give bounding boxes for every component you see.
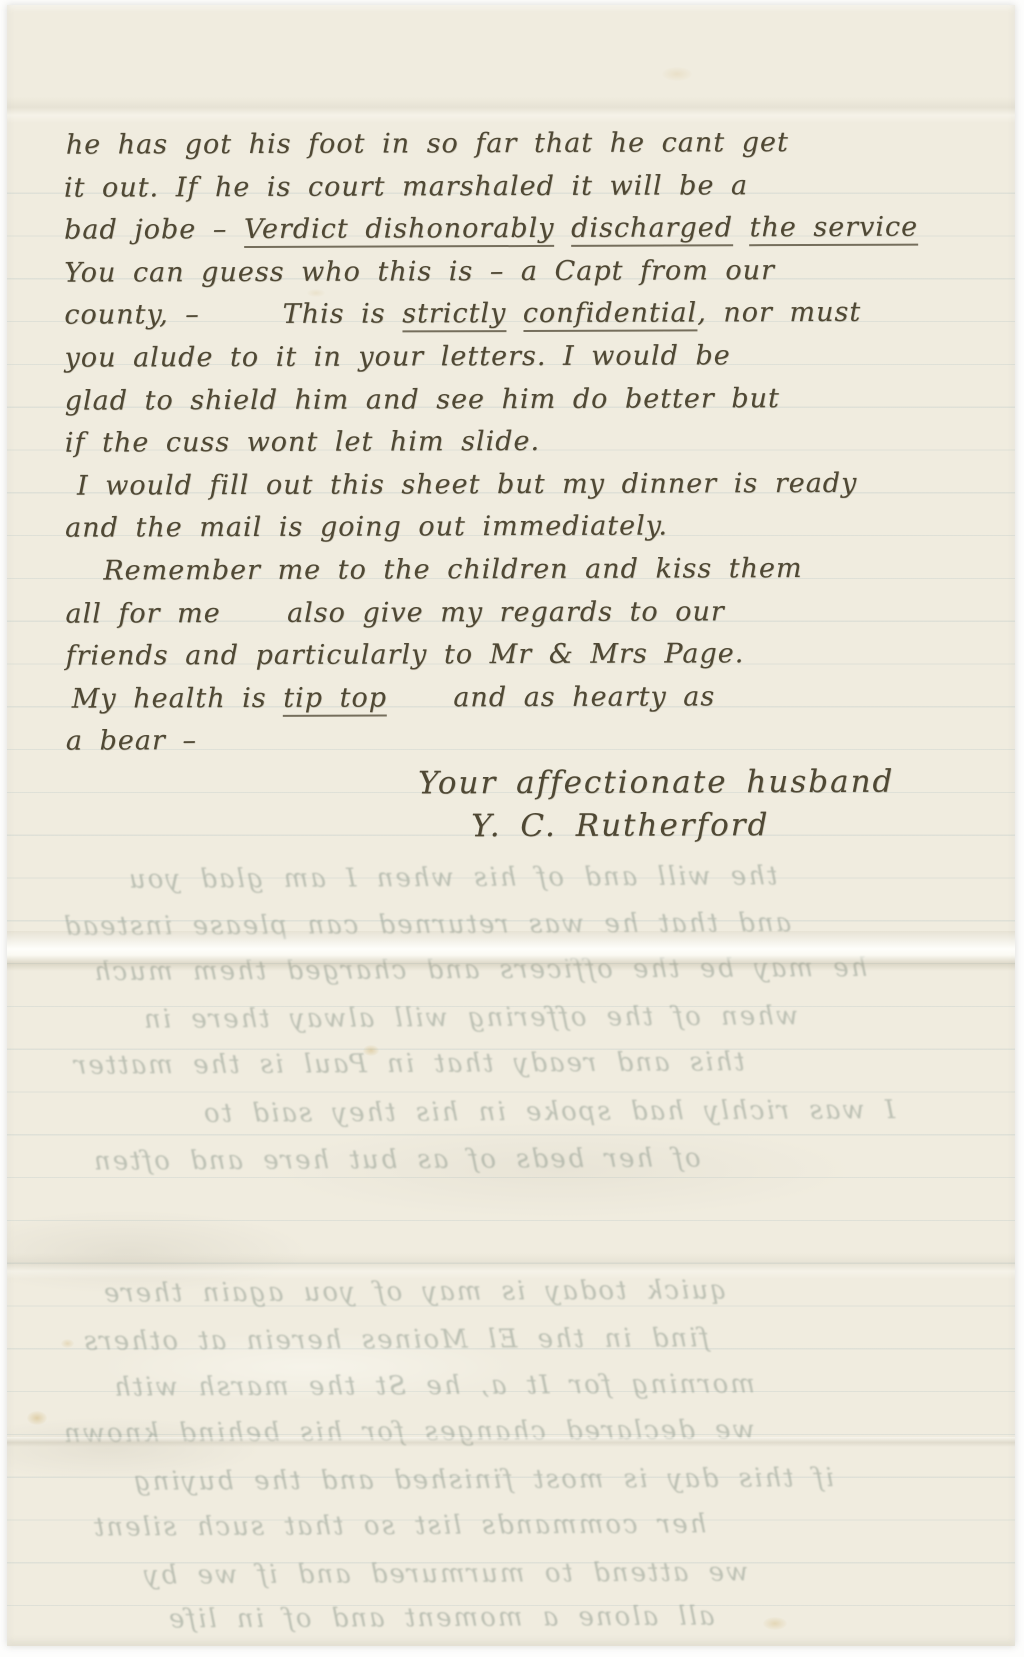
paper-stain — [61, 1339, 74, 1348]
handwriting-text: glad to shield him and see him do better… — [65, 383, 780, 416]
handwriting-text — [733, 212, 750, 243]
letter-line: My health is tip top and as hearty as — [66, 675, 990, 721]
handwriting-text: , nor must — [697, 297, 861, 329]
handwriting-text — [506, 298, 523, 329]
letter-line: bad jobe – Verdict dishonorably discharg… — [64, 207, 988, 253]
handwriting-text: a bear – — [66, 725, 197, 756]
letter-line: you alude to it in your letters. I would… — [64, 334, 988, 380]
handwriting-text: Y. C. Rutherford — [471, 807, 769, 844]
ghost-bleedthrough-text: he may be the officers and charged them … — [92, 953, 868, 987]
letter-line: he has got his foot in so far that he ca… — [64, 121, 988, 167]
underlined-phrase: the service — [750, 212, 919, 247]
handwriting-text: and the mail is going out immediately. — [65, 511, 668, 544]
handwriting-text — [554, 213, 571, 244]
handwriting-text: and as hearty as — [387, 681, 715, 713]
paper-stain — [363, 1045, 379, 1056]
ghost-bleedthrough-text: morning for It a, he St the marsh with — [112, 1369, 755, 1402]
letter-line: all for me also give my regards to our — [65, 590, 989, 636]
letter-line: You can guess who this is – a Capt from … — [64, 249, 988, 295]
underlined-phrase: discharged — [571, 212, 733, 247]
paper-stain — [27, 1411, 47, 1425]
ghost-bleedthrough-text: when of the offering will alway there in — [142, 1001, 798, 1034]
ghost-bleedthrough-text: the will and of his when I am glad you — [127, 861, 778, 894]
ghost-bleedthrough-text: her commands list so that such silent — [92, 1509, 707, 1542]
ghost-bleedthrough-text: if this day is most finished and the buy… — [132, 1463, 834, 1497]
letter-line: it out. If he is court marshaled it will… — [64, 164, 988, 210]
fold-crease — [7, 97, 1015, 123]
ghost-bleedthrough-text: of her beds of as but here and often — [92, 1143, 701, 1176]
letter-body: he has got his foot in so far that he ca… — [64, 121, 991, 848]
handwriting-text: bad jobe – — [64, 214, 244, 246]
letter-line: I would fill out this sheet but my dinne… — [65, 462, 989, 508]
handwriting-text: friends and particularly to Mr & Mrs Pag… — [66, 638, 745, 671]
paper-stain — [662, 67, 692, 81]
underlined-phrase: strictly — [402, 298, 506, 332]
signature-line: Y. C. Rutherford — [66, 803, 990, 849]
letter-line: county, – This is strictly confidential,… — [64, 292, 988, 338]
underlined-phrase: Verdict dishonorably — [244, 213, 555, 248]
letter-line: glad to shield him and see him do better… — [65, 377, 989, 423]
signature-line: Your affectionate husband — [66, 760, 990, 806]
fold-crease — [7, 931, 1015, 971]
paper-stain — [763, 1617, 787, 1630]
ghost-bleedthrough-text: we declared changes for his behind known — [62, 1415, 755, 1449]
letter-line: if the cuss wont let him slide. — [65, 420, 989, 466]
ghost-bleedthrough-text: this and ready that in Paul is the matte… — [72, 1047, 745, 1081]
letter-line: a bear – — [66, 718, 990, 764]
ghost-bleedthrough-text: and that he was returned can please inst… — [62, 908, 791, 942]
underlined-phrase: confidential — [523, 298, 697, 333]
underlined-phrase: tip top — [283, 682, 387, 716]
handwriting-text: My health is — [72, 683, 284, 715]
paper-sheet: the will and of his when I am glad youan… — [7, 5, 1015, 1646]
ghost-bleedthrough-text: find in the El Moines herein at others — [82, 1323, 709, 1356]
handwriting-text: if the cuss wont let him slide. — [65, 426, 540, 459]
letter-line: friends and particularly to Mr & Mrs Pag… — [66, 633, 990, 679]
handwriting-text: he has got his foot in so far that he ca… — [66, 127, 789, 161]
ghost-bleedthrough-text: all alone a moment and of in life — [167, 1602, 715, 1635]
handwriting-text: I would fill out this sheet but my dinne… — [77, 468, 857, 502]
ghost-bleedthrough-text: quick today is may of you again there — [102, 1275, 727, 1308]
letter-line: Remember me to the children and kiss the… — [65, 547, 989, 593]
ghost-bleedthrough-text: I was richly had spoke in his they said … — [202, 1095, 895, 1129]
handwriting-text: You can guess who this is – a Capt from … — [64, 255, 775, 288]
fold-crease — [7, 1253, 1015, 1279]
handwriting-text: it out. If he is court marshaled it will… — [64, 170, 748, 203]
handwriting-text: all for me also give my regards to our — [65, 596, 724, 629]
letter-scan: the will and of his when I am glad youan… — [0, 0, 1024, 1657]
ghost-bleedthrough-text: we attend to murmured and if we by — [142, 1557, 748, 1590]
handwriting-text: county, – This is — [64, 299, 402, 331]
fold-crease — [7, 1437, 1015, 1447]
handwriting-text: Remember me to the children and kiss the… — [103, 553, 802, 586]
handwriting-text: you alude to it in your letters. I would… — [64, 340, 730, 373]
letter-line: and the mail is going out immediately. — [65, 505, 989, 551]
handwriting-text: Your affectionate husband — [418, 764, 894, 802]
